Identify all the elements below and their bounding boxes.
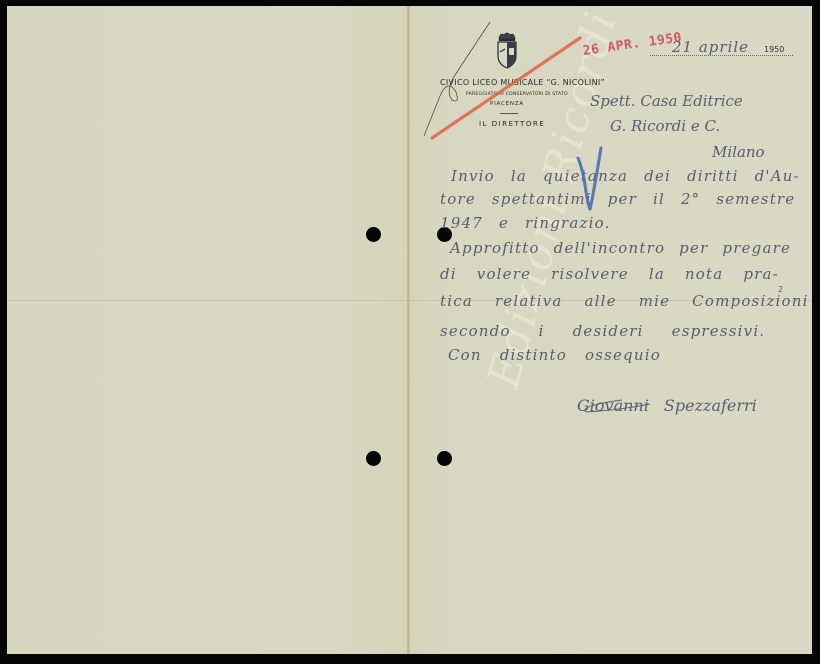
left-page-blank	[7, 6, 409, 654]
handwritten-date: 21 aprile	[672, 38, 749, 56]
letterhead-rule	[500, 113, 518, 114]
signature: Giovanni Spezzaferri	[577, 396, 757, 415]
body-line: secondo i desideri espressivi.	[440, 322, 765, 340]
date-year: 1950	[764, 45, 784, 54]
recipient-line-1: Spett. Casa Editrice	[590, 92, 743, 110]
body-line: tore spettantimi per il 2° semestre	[440, 190, 795, 208]
body-line: 1947 e ringrazio.	[440, 214, 611, 232]
center-fold	[407, 6, 410, 654]
coat-of-arms-icon	[496, 30, 518, 70]
letterhead-subtitle: PAREGGIATO AI CONSERVATORI DI STATO	[466, 92, 568, 97]
punch-hole	[366, 451, 381, 466]
body-line: tica relativa alle mie Composizioni	[440, 292, 809, 310]
body-line: di volere risolvere la nota pra-	[440, 265, 779, 283]
body-line: Con distinto ossequio	[448, 346, 661, 364]
recipient-line-3: Milano	[712, 143, 765, 161]
superscript-mark: 2	[778, 285, 783, 294]
body-line: Invio la quietanza dei diritti d'Au-	[451, 167, 800, 185]
punch-hole	[366, 227, 381, 242]
scan-background: Edizioni Ricordi CIVICO LICEO MUSICALE “…	[0, 0, 820, 664]
body-line: Approfitto dell'incontro per pregare	[450, 239, 791, 257]
punch-hole	[437, 451, 452, 466]
recipient-line-2: G. Ricordi e C.	[610, 117, 720, 135]
letterhead-institution: CIVICO LICEO MUSICALE “G. NICOLINI”	[440, 78, 605, 87]
letterhead-role: IL DIRETTORE	[479, 119, 545, 128]
letterhead-city: PIACENZA	[490, 101, 524, 107]
